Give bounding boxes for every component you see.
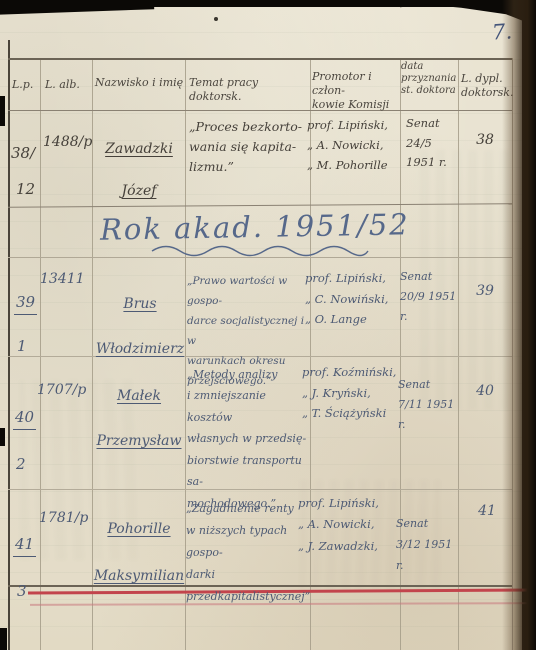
- surname: Małek: [117, 388, 161, 404]
- table-line: [458, 58, 459, 650]
- lp-sub: 12: [16, 180, 35, 198]
- row-committee: prof. Lipiński, „ A. Nowicki, „ M. Pohor…: [307, 115, 402, 175]
- lp-sub: 2: [16, 455, 26, 473]
- col-header-name: Nazwisko i imię: [94, 76, 184, 90]
- col-header-album: L. alb.: [45, 78, 80, 92]
- firstname: Włodzimierz: [96, 341, 184, 357]
- header-bottom-line: [8, 110, 512, 111]
- surname: Pohorille: [107, 521, 170, 537]
- heading-underline-squiggle: [150, 243, 370, 257]
- scanned-register-page: 7. L.p. L. alb. Nazwisko i imię Temat pr…: [0, 0, 536, 650]
- firstname: Maksymilian: [94, 568, 184, 584]
- row-album: 1707/p: [37, 382, 86, 398]
- row-name: Brus Włodzimierz: [94, 271, 186, 361]
- table-line: [40, 58, 41, 650]
- row-date: Senat 7/11 1951 r.: [398, 375, 456, 434]
- row-date: Senat 20/9 1951 r.: [400, 267, 458, 326]
- row-date: Senat 3/12 1951 r.: [396, 514, 456, 577]
- row-committee: prof. Lipiński, „ A. Nowicki, „ J. Zawad…: [298, 493, 398, 557]
- firstname: Przemysław: [96, 433, 181, 449]
- table-top-line: [8, 58, 512, 60]
- row-lp: 38/ 12: [11, 126, 35, 198]
- lp-main: 38/: [11, 144, 35, 162]
- scan-edge-right-binding: [502, 0, 536, 650]
- row-lp: 41 3: [13, 510, 36, 602]
- firstname: Józef: [122, 183, 157, 199]
- row-topic: „Metody analizy i zmniejszanie kosztów w…: [187, 364, 311, 514]
- col-header-date: data przyznania st. doktora: [401, 61, 457, 97]
- table-line-left: [8, 40, 10, 650]
- row-name: Zawadzki Józef: [94, 118, 184, 202]
- surname: Zawadzki: [105, 141, 173, 157]
- row-album: 13411: [40, 271, 85, 287]
- lp-sub: 3: [17, 582, 27, 600]
- lp-main: 41: [13, 533, 36, 558]
- col-header-committee: Promotor i człon- kowie Komisji: [312, 70, 400, 111]
- row-separator: [8, 257, 512, 258]
- lp-main: 40: [13, 406, 36, 431]
- row-name: Pohorille Maksymilian: [92, 494, 186, 589]
- section-heading: Rok akad. 1951/52: [100, 207, 410, 246]
- row-lp: 39 1: [14, 271, 37, 357]
- row-album: 1488/p: [43, 134, 92, 150]
- lp-main: 39: [14, 292, 37, 315]
- row-date: Senat 24/5 1951 r.: [406, 114, 447, 173]
- row-committee: prof. Koźmiński, „ J. Kryński, „ T. Ścią…: [302, 362, 398, 424]
- row-topic: „Proces bezkorto- wania się kapita- lizm…: [189, 117, 309, 177]
- scan-edge-bottom-left: [0, 628, 7, 650]
- scan-edge-left-mark: [0, 428, 5, 446]
- ink-speck: [214, 17, 218, 21]
- row-lp: 40 2: [13, 383, 36, 475]
- surname: Brus: [123, 296, 156, 312]
- row-topic: „Zagadnienie renty w niższych typach gos…: [186, 498, 310, 608]
- col-header-topic: Temat pracy doktorsk.: [189, 76, 309, 104]
- scan-edge-left-mark: [0, 96, 5, 126]
- lp-sub: 1: [17, 337, 27, 355]
- row-album: 1781/p: [39, 510, 88, 526]
- col-header-lp: L.p.: [12, 78, 33, 92]
- row-name: Małek Przemysław: [92, 363, 186, 453]
- row-committee: prof. Lipiński, „ C. Nowiński, „ O. Lang…: [305, 268, 399, 330]
